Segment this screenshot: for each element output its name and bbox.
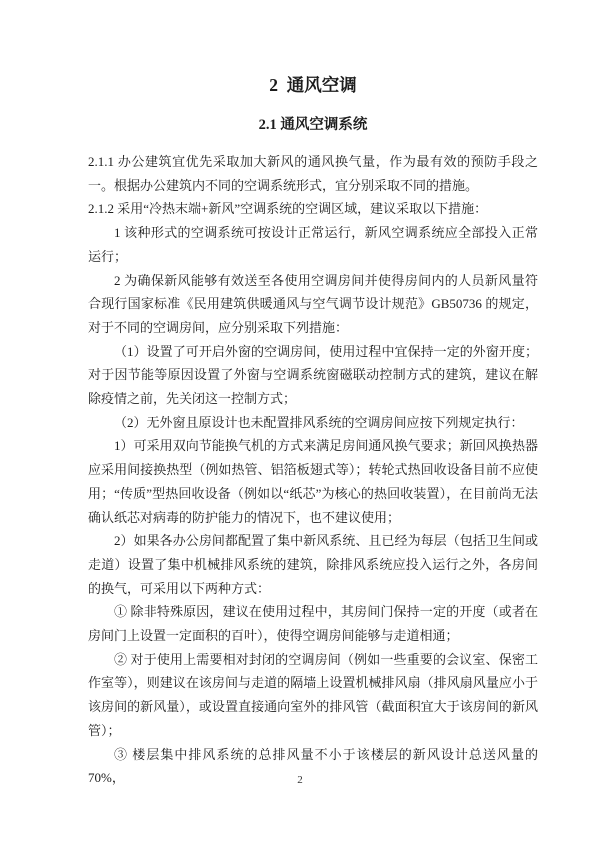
section-title: 2.1 通风空调系统 (88, 115, 538, 135)
paragraph: 2.1.2 采用“冷热末端+新风”空调系统的空调区域，建议采取以下措施： (88, 197, 538, 221)
paragraph: 2）如果各办公房间都配置了集中新风系统、且已经为每层（包括卫生间或走道）设置了集… (88, 529, 538, 600)
chapter-title: 2 通风空调 (88, 74, 538, 96)
document-page: 2 通风空调 2.1 通风空调系统 2.1.1 办公建筑宜优先采取加大新风的通风… (0, 0, 600, 848)
paragraph: 1 该种形式的空调系统可按设计正常运行，新风空调系统应全部投入正常运行； (88, 221, 538, 268)
document-body: 2.1.1 办公建筑宜优先采取加大新风的通风换气量，作为最有效的预防手段之一。根… (88, 150, 538, 790)
paragraph: ① 除非特殊原因，建议在使用过程中，其房间门保持一定的开度（或者在房间门上设置一… (88, 600, 538, 647)
paragraph: （1）设置了可开启外窗的空调房间，使用过程中宜保持一定的外窗开度；对于因节能等原… (88, 340, 538, 411)
page-content: 2 通风空调 2.1 通风空调系统 2.1.1 办公建筑宜优先采取加大新风的通风… (88, 74, 538, 790)
paragraph: 2.1.1 办公建筑宜优先采取加大新风的通风换气量，作为最有效的预防手段之一。根… (88, 150, 538, 197)
page-number: 2 (0, 772, 600, 788)
paragraph: （2）无外窗且原设计也未配置排风系统的空调房间应按下列规定执行： (88, 411, 538, 435)
paragraph: 1）可采用双向节能换气机的方式来满足房间通风换气要求；新回风换热器应采用间接换热… (88, 434, 538, 529)
paragraph: ② 对于使用上需要相对封闭的空调房间（例如一些重要的会议室、保密工作室等），则建… (88, 648, 538, 743)
paragraph: 2 为确保新风能够有效送至各使用空调房间并使得房间内的人员新风量符合现行国家标准… (88, 269, 538, 340)
